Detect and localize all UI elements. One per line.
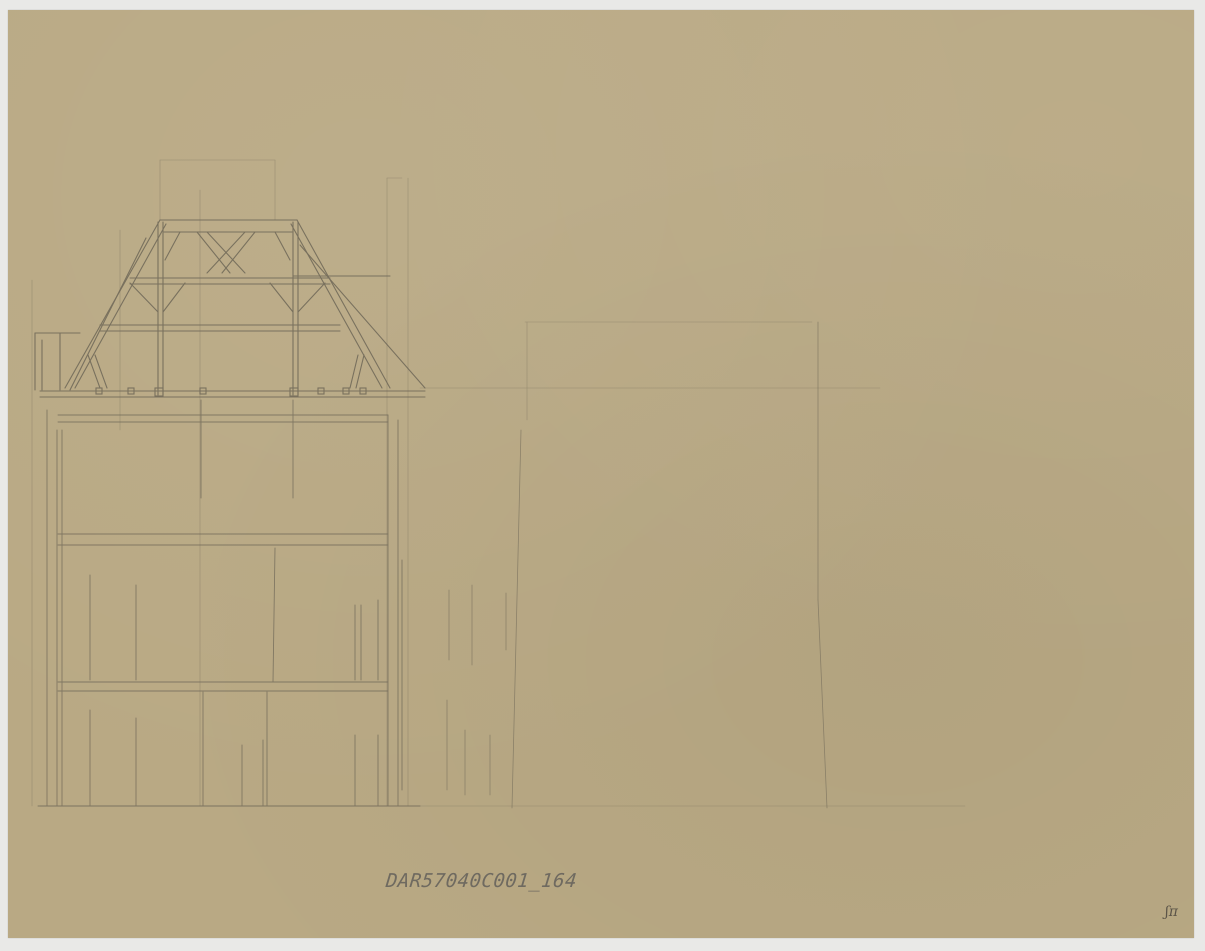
corner-mark: ʃπ	[1165, 904, 1178, 920]
construction-lines	[32, 160, 965, 806]
adjacent-facade-outline	[447, 322, 827, 808]
inventory-number: DAR57040C001_164	[385, 870, 578, 892]
roof-truss	[35, 220, 425, 397]
building-section	[38, 400, 420, 806]
architectural-drawing	[0, 0, 1205, 951]
